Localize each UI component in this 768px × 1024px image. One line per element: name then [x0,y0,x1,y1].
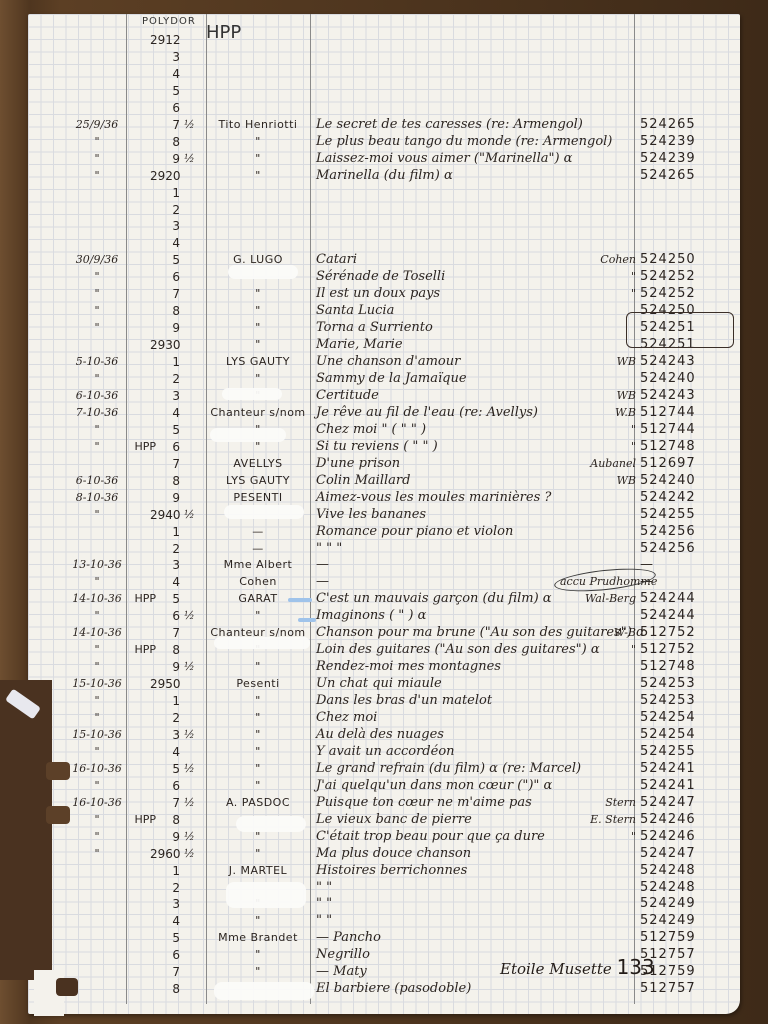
label-name: POLYDOR [142,16,196,27]
correction-fluid [224,505,304,519]
correction-fluid [222,388,282,400]
matrix-number-cell: 8 [150,979,180,999]
correction-fluid [226,882,306,908]
blue-mark [298,618,316,622]
title-cell: El barbiere (pasodoble) [316,979,471,999]
correction-fluid [214,982,314,1000]
blue-mark [288,598,312,602]
footer-note-number: 133 [617,955,655,979]
bracket-box [626,312,734,348]
correction-fluid [210,428,286,442]
footer-note-text: Etoile Musette [500,960,612,978]
footer-annotation: Etoile Musette 133 [500,955,655,979]
correction-fluid [214,637,310,649]
catalog-number-cell: 512757 [640,979,720,999]
correction-fluid [228,265,298,279]
table-row: 8El barbiere (pasodoble)512757 [0,979,768,999]
correction-fluid [236,816,306,832]
